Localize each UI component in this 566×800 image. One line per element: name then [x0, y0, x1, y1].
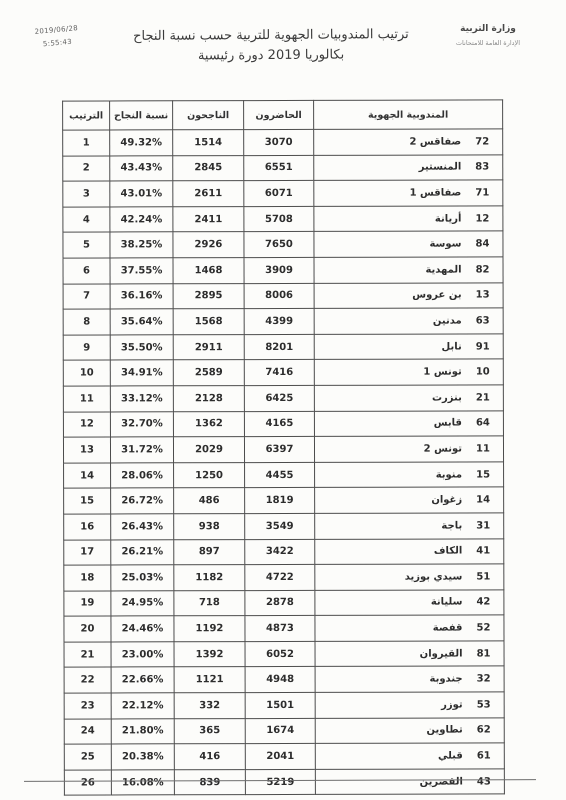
present-cell: 6071 [244, 181, 314, 207]
table-row: 51 سيدي بوزيد 4722 1182 25.03% 18 [64, 564, 504, 591]
rank-cell: 16 [64, 514, 111, 540]
delegation-name: تونس 1 [423, 367, 461, 378]
delegation-cell: 41 الكاف [315, 538, 504, 564]
passed-cell: 1192 [174, 616, 245, 642]
present-cell: 7650 [244, 232, 314, 258]
table-row: 11 تونس 2 6397 2029 31.72% 13 [63, 436, 503, 463]
delegation-code: 62 [476, 725, 492, 736]
table-row: 31 باجة 3549 938 26.43% 16 [64, 513, 504, 540]
present-cell: 4948 [245, 667, 315, 693]
delegation-name: قابس [434, 418, 462, 429]
passed-cell: 1568 [173, 309, 244, 335]
column-header-delegation: المندوبية الجهوية [314, 100, 503, 129]
ministry-name: وزارة التربية [428, 24, 548, 34]
delegation-cell: 81 القيروان [315, 641, 504, 667]
table-row: 91 نابل 8201 2911 35.50% 9 [63, 334, 503, 361]
rate-cell: 37.55% [110, 258, 173, 284]
delegation-name: أريانة [435, 213, 462, 224]
rank-cell: 12 [63, 411, 110, 437]
table-row: 41 الكاف 3422 897 26.21% 17 [64, 538, 504, 565]
ministry-letterhead: وزارة التربية الإدارة العامة للامتحانات [428, 24, 548, 47]
rank-cell: 22 [64, 667, 111, 693]
rate-cell: 24.95% [111, 590, 174, 616]
delegation-cell: 13 بن عروس [314, 282, 503, 308]
rate-cell: 34.91% [110, 360, 173, 386]
table-row: 53 توزر 1501 332 22.12% 23 [64, 692, 504, 719]
rate-cell: 20.38% [111, 744, 174, 770]
rate-cell: 16.08% [111, 770, 174, 796]
rate-cell: 26.43% [111, 514, 174, 540]
delegation-name: زغوان [431, 495, 462, 506]
rank-cell: 19 [64, 591, 111, 617]
delegation-code: 15 [475, 469, 491, 480]
passed-cell: 718 [174, 590, 245, 616]
delegation-code: 43 [476, 776, 492, 787]
delegation-cell: 64 قابس [314, 410, 503, 436]
rank-cell: 17 [64, 539, 111, 565]
delegation-code: 42 [475, 597, 491, 608]
delegation-code: 84 [474, 239, 490, 250]
document-title: ترتيب المندوبيات الجهوية للتربية حسب نسب… [96, 25, 446, 68]
delegation-cell: 63 مدنين [314, 308, 503, 334]
delegation-code: 10 [475, 367, 491, 378]
passed-cell: 2845 [173, 155, 244, 181]
present-cell: 6425 [244, 385, 314, 411]
rank-cell: 11 [63, 386, 110, 412]
passed-cell: 365 [174, 718, 245, 744]
present-cell: 1674 [245, 718, 315, 744]
delegation-code: 81 [476, 648, 492, 659]
delegation-cell: 53 توزر [315, 692, 504, 718]
table-row: 14 زغوان 1819 486 26.72% 15 [64, 487, 504, 514]
delegation-name: القيروان [420, 648, 463, 659]
passed-cell: 2926 [173, 232, 244, 258]
rank-cell: 23 [64, 693, 111, 719]
delegation-name: منوبة [436, 469, 462, 480]
present-cell: 4873 [245, 616, 315, 642]
passed-cell: 2029 [173, 437, 244, 463]
delegation-name: القصرين [420, 776, 463, 787]
delegation-name: تونس 2 [424, 443, 462, 454]
table-row: 42 سليانة 2878 718 24.95% 19 [64, 590, 504, 617]
delegation-cell: 11 تونس 2 [314, 436, 503, 462]
delegation-cell: 52 قفصة [315, 615, 504, 641]
table-row: 72 صفاقس 2 3070 1514 49.32% 1 [63, 129, 503, 156]
present-cell: 6551 [244, 155, 314, 181]
passed-cell: 1182 [174, 565, 245, 591]
present-cell: 1819 [245, 488, 315, 514]
delegation-cell: 32 جندوبة [315, 666, 504, 692]
present-cell: 5708 [244, 206, 314, 232]
table-row: 83 المنستير 6551 2845 43.43% 2 [63, 155, 503, 182]
present-cell: 7416 [244, 360, 314, 386]
table-row: 71 صفاقس 1 6071 2611 43.01% 3 [63, 180, 503, 207]
present-cell: 5219 [245, 769, 315, 795]
scanned-document-page: 2019/06/28 5:55:43 ترتيب المندوبيات الجه… [0, 0, 566, 800]
delegation-cell: 61 قبلي [315, 743, 504, 769]
table-row: 32 جندوبة 4948 1121 22.66% 22 [64, 666, 504, 693]
delegation-name: المهدية [425, 264, 461, 275]
passed-cell: 486 [174, 488, 245, 514]
passed-cell: 2611 [173, 181, 244, 207]
print-stamp: 2019/06/28 5:55:43 [21, 21, 93, 54]
rate-cell: 42.24% [110, 207, 173, 233]
present-cell: 3422 [245, 539, 315, 565]
passed-cell: 332 [174, 693, 245, 719]
present-cell: 3549 [245, 513, 315, 539]
table-header-row: المندوبية الجهوية الحاضرون الناجحون نسبة… [63, 100, 503, 130]
passed-cell: 1362 [173, 411, 244, 437]
table-row: 64 قابس 4165 1362 32.70% 12 [63, 410, 503, 437]
delegation-cell: 62 تطاوين [315, 718, 504, 744]
present-cell: 2041 [245, 744, 315, 770]
table-row: 81 القيروان 6052 1392 23.00% 21 [64, 641, 504, 668]
rank-cell: 3 [63, 181, 110, 207]
passed-cell: 2911 [173, 334, 244, 360]
present-cell: 4165 [244, 411, 314, 437]
present-cell: 2878 [245, 590, 315, 616]
delegation-name: مدنين [433, 315, 462, 326]
delegation-cell: 82 المهدية [314, 257, 503, 283]
passed-cell: 2128 [173, 386, 244, 412]
rank-cell: 7 [63, 284, 110, 310]
table-row: 12 أريانة 5708 2411 42.24% 4 [63, 206, 503, 233]
present-cell: 4455 [245, 462, 315, 488]
passed-cell: 2895 [173, 283, 244, 309]
column-header-rate: نسبة النجاح [110, 101, 173, 130]
delegation-code: 83 [474, 162, 490, 173]
rate-cell: 22.12% [111, 693, 174, 719]
delegation-code: 14 [475, 495, 491, 506]
column-header-passed: الناجحون [173, 101, 244, 130]
delegation-name: سوسة [429, 239, 461, 250]
rate-cell: 24.46% [111, 616, 174, 642]
rank-cell: 25 [64, 744, 111, 770]
results-table: المندوبية الجهوية الحاضرون الناجحون نسبة… [62, 99, 505, 796]
passed-cell: 1514 [173, 130, 244, 156]
delegation-name: توزر [441, 699, 463, 710]
rank-cell: 14 [64, 463, 111, 489]
delegation-name: نابل [442, 341, 462, 352]
delegation-name: المنستير [419, 162, 462, 173]
delegation-name: صفاقس 1 [410, 188, 462, 199]
present-cell: 4722 [245, 565, 315, 591]
present-cell: 4399 [244, 309, 314, 335]
delegation-cell: 21 بنزرت [314, 385, 503, 411]
rate-cell: 26.72% [111, 488, 174, 514]
passed-cell: 416 [174, 744, 245, 770]
rate-cell: 31.72% [110, 437, 173, 463]
delegation-code: 53 [476, 699, 492, 710]
delegation-cell: 71 صفاقس 1 [314, 180, 503, 206]
delegation-code: 64 [475, 418, 491, 429]
column-header-present: الحاضرون [244, 100, 314, 129]
present-cell: 6397 [244, 437, 314, 463]
delegation-code: 41 [475, 546, 491, 557]
rate-cell: 43.43% [110, 155, 173, 181]
results-table-wrapper: المندوبية الجهوية الحاضرون الناجحون نسبة… [62, 99, 504, 796]
delegation-cell: 43 القصرين [315, 769, 504, 795]
passed-cell: 938 [174, 514, 245, 540]
rank-cell: 4 [63, 207, 110, 233]
delegation-code: 63 [475, 315, 491, 326]
rank-cell: 6 [63, 258, 110, 284]
table-row: 62 تطاوين 1674 365 21.80% 24 [64, 718, 504, 745]
delegation-name: بن عروس [412, 290, 461, 301]
rank-cell: 13 [63, 437, 110, 463]
delegation-cell: 84 سوسة [314, 231, 503, 257]
delegation-name: سيدي بوزيد [405, 571, 463, 582]
delegation-name: جندوبة [429, 674, 462, 685]
rank-cell: 24 [64, 719, 111, 745]
present-cell: 8006 [244, 283, 314, 309]
rate-cell: 25.03% [111, 565, 174, 591]
delegation-cell: 15 منوبة [315, 462, 504, 488]
delegation-code: 12 [474, 213, 490, 224]
passed-cell: 2589 [173, 360, 244, 386]
rank-cell: 18 [64, 565, 111, 591]
rate-cell: 35.64% [110, 309, 173, 335]
present-cell: 3070 [244, 129, 314, 155]
rank-cell: 8 [63, 309, 110, 335]
delegation-name: سليانة [431, 597, 463, 608]
passed-cell: 1392 [174, 641, 245, 667]
rate-cell: 28.06% [111, 463, 174, 489]
delegation-name: باجة [441, 520, 462, 531]
delegation-name: بنزرت [432, 392, 462, 403]
delegation-code: 91 [475, 341, 491, 352]
present-cell: 6052 [245, 641, 315, 667]
delegation-cell: 51 سيدي بوزيد [315, 564, 504, 590]
delegation-cell: 83 المنستير [314, 155, 503, 181]
rate-cell: 26.21% [111, 539, 174, 565]
rank-cell: 26 [64, 770, 111, 796]
passed-cell: 1121 [174, 667, 245, 693]
table-row: 82 المهدية 3909 1468 37.55% 6 [63, 257, 503, 284]
delegation-cell: 10 تونس 1 [314, 359, 503, 385]
present-cell: 3909 [244, 257, 314, 283]
rate-cell: 21.80% [111, 718, 174, 744]
ministry-department: الإدارة العامة للامتحانات [428, 39, 548, 47]
delegation-name: تطاوين [426, 725, 462, 736]
delegation-code: 82 [475, 264, 491, 275]
passed-cell: 839 [174, 769, 245, 795]
delegation-code: 61 [476, 751, 492, 762]
delegation-cell: 12 أريانة [314, 206, 503, 232]
column-header-rank: الترتيب [63, 101, 110, 130]
passed-cell: 1250 [174, 462, 245, 488]
rate-cell: 43.01% [110, 181, 173, 207]
rank-cell: 5 [63, 232, 110, 258]
rate-cell: 22.66% [111, 667, 174, 693]
passed-cell: 2411 [173, 206, 244, 232]
rank-cell: 1 [63, 130, 110, 156]
delegation-name: الكاف [434, 546, 462, 557]
rate-cell: 32.70% [110, 411, 173, 437]
delegation-code: 21 [475, 392, 491, 403]
table-row: 10 تونس 1 7416 2589 34.91% 10 [63, 359, 503, 386]
document-title-line1: ترتيب المندوبيات الجهوية للتربية حسب نسب… [96, 25, 446, 48]
delegation-name: قفصة [433, 623, 463, 634]
rank-cell: 15 [64, 488, 111, 514]
passed-cell: 1468 [173, 258, 244, 284]
delegation-code: 32 [476, 674, 492, 685]
table-row: 61 قبلي 2041 416 20.38% 25 [64, 743, 504, 770]
delegation-cell: 42 سليانة [315, 590, 504, 616]
delegation-cell: 14 زغوان [315, 487, 504, 513]
delegation-name: صفاقس 2 [409, 136, 461, 147]
table-row: 21 بنزرت 6425 2128 33.12% 11 [63, 385, 503, 412]
rate-cell: 35.50% [110, 335, 173, 361]
delegation-code: 52 [475, 623, 491, 634]
present-cell: 8201 [244, 334, 314, 360]
table-row: 15 منوبة 4455 1250 28.06% 14 [64, 462, 504, 489]
delegation-code: 71 [474, 187, 490, 198]
rank-cell: 9 [63, 335, 110, 361]
rank-cell: 2 [63, 156, 110, 182]
rank-cell: 21 [64, 642, 111, 668]
rate-cell: 33.12% [110, 386, 173, 412]
rate-cell: 36.16% [110, 283, 173, 309]
table-row: 52 قفصة 4873 1192 24.46% 20 [64, 615, 504, 642]
delegation-code: 72 [474, 136, 490, 147]
delegation-code: 11 [475, 443, 491, 454]
delegation-code: 13 [475, 290, 491, 301]
rank-cell: 20 [64, 616, 111, 642]
delegation-cell: 31 باجة [315, 513, 504, 539]
rank-cell: 10 [63, 360, 110, 386]
passed-cell: 897 [174, 539, 245, 565]
table-row: 63 مدنين 4399 1568 35.64% 8 [63, 308, 503, 335]
table-row: 43 القصرين 5219 839 16.08% 26 [64, 769, 504, 796]
delegation-name: قبلي [438, 751, 463, 762]
present-cell: 1501 [245, 692, 315, 718]
delegation-cell: 72 صفاقس 2 [314, 129, 503, 155]
delegation-cell: 91 نابل [314, 334, 503, 360]
table-row: 13 بن عروس 8006 2895 36.16% 7 [63, 282, 503, 309]
document-title-line2: بكالوريا 2019 دورة رئيسية [96, 45, 446, 68]
delegation-code: 31 [475, 520, 491, 531]
delegation-code: 51 [475, 571, 491, 582]
rate-cell: 23.00% [111, 642, 174, 668]
rate-cell: 49.32% [110, 130, 173, 156]
rate-cell: 38.25% [110, 232, 173, 258]
table-row: 84 سوسة 7650 2926 38.25% 5 [63, 231, 503, 258]
